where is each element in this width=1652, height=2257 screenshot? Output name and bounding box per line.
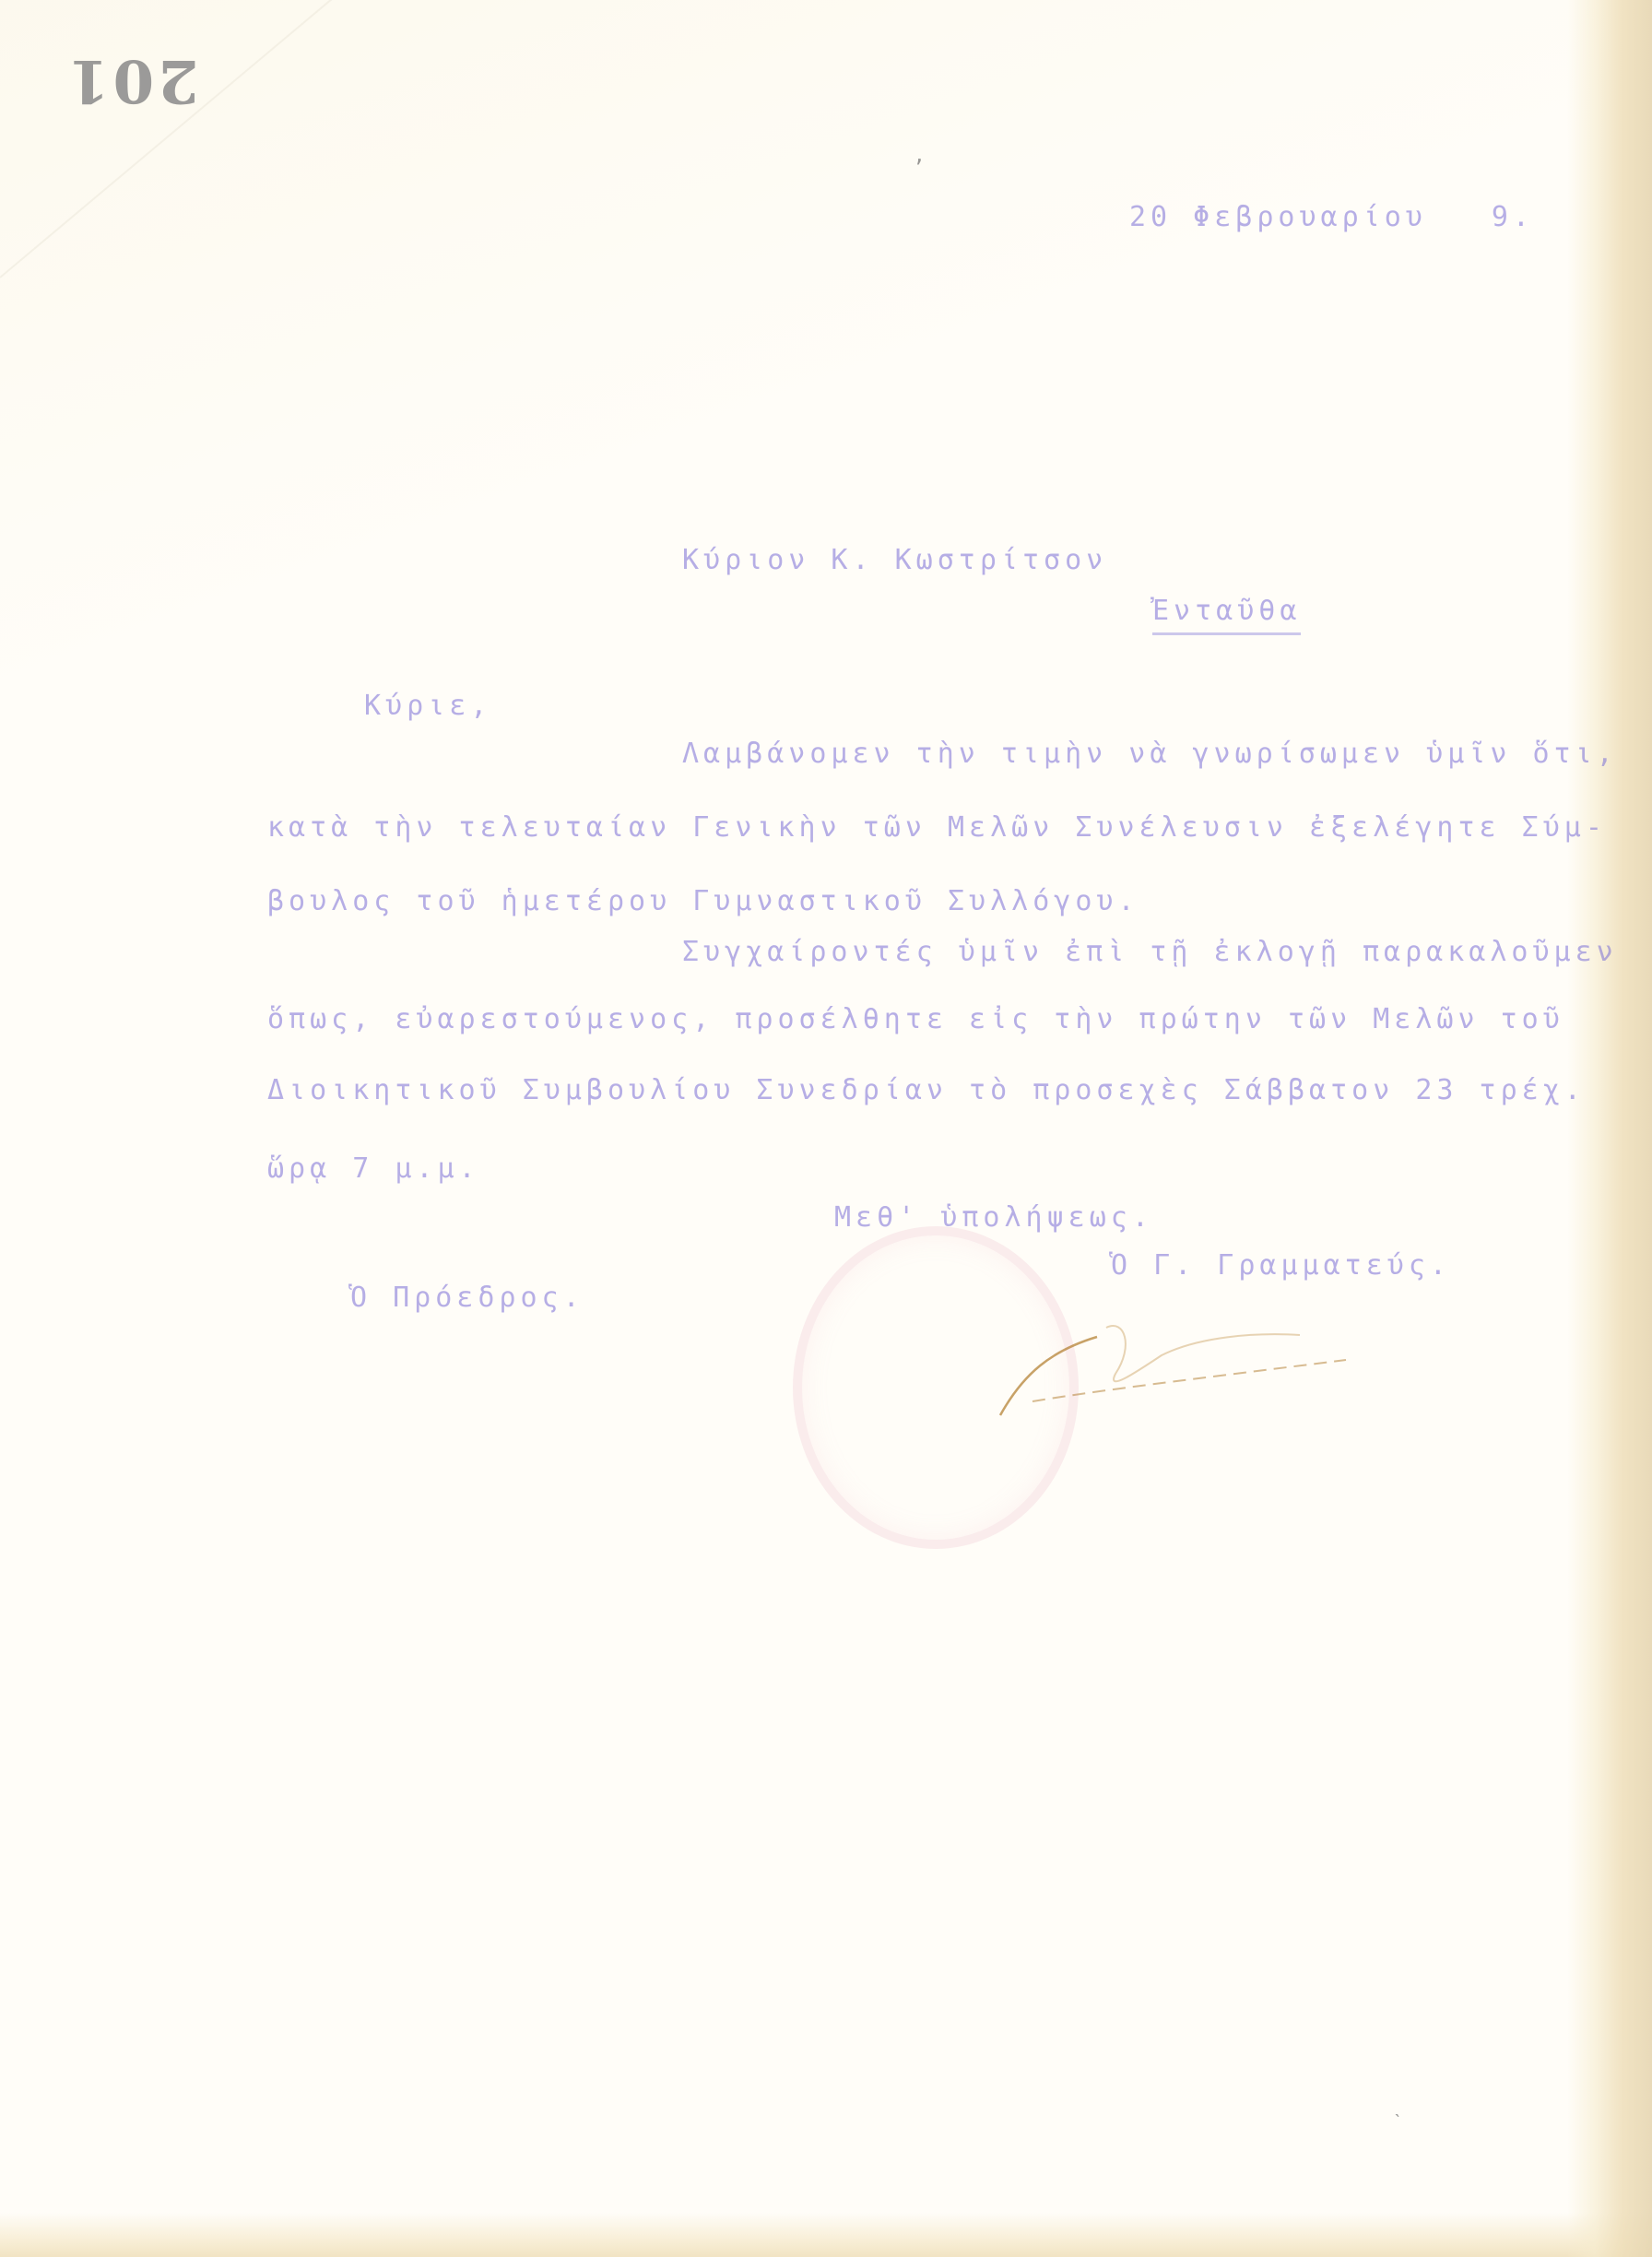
body-line: ὅπως, εὐαρεστούμενος, προσέλθητε εἰς τὴν… (267, 1003, 1564, 1035)
body-line: βουλος τοῦ ἡμετέρου Γυμναστικοῦ Συλλόγου… (267, 885, 1139, 917)
handwritten-signature (996, 1318, 1383, 1420)
salutation: Κύριε, (364, 690, 491, 722)
date-year: 9. (1492, 201, 1534, 233)
secretary-label: Ὁ Γ. Γραμματεύς. (1111, 1249, 1451, 1282)
date-day-month: 20 Φεβρουαρίου (1129, 201, 1427, 233)
body-line: Συγχαίροντές ὑμῖν ἐπὶ τῇ ἐκλογῇ παρακαλο… (682, 936, 1618, 968)
closing: Μεθ' ὑπολήψεως. (834, 1201, 1153, 1234)
letter-date: 20 Φεβρουαρίου9. (1129, 201, 1534, 233)
archive-page-number: 201 (65, 46, 199, 115)
paper-background (0, 0, 1652, 2257)
body-line: κατὰ τὴν τελευταίαν Γενικὴν τῶν Μελῶν Συ… (267, 811, 1607, 844)
ink-speck: ʼ (913, 157, 925, 180)
body-line: Διοικητικοῦ Συμβουλίου Συνεδρίαν τὸ προσ… (267, 1074, 1586, 1106)
addressee-name: Κύριον Κ. Κωστρίτσον (682, 544, 1107, 576)
addressee-location: Ἐνταῦθα (1152, 595, 1301, 635)
president-label: Ὁ Πρόεδρος. (350, 1282, 584, 1314)
body-line: ὥρᾳ 7 μ.μ. (267, 1152, 480, 1185)
body-line: Λαμβάνομεν τὴν τιμὴν νὰ γνωρίσωμεν ὑμῖν … (682, 738, 1618, 770)
ink-speck: ˋ (1392, 2111, 1404, 2135)
